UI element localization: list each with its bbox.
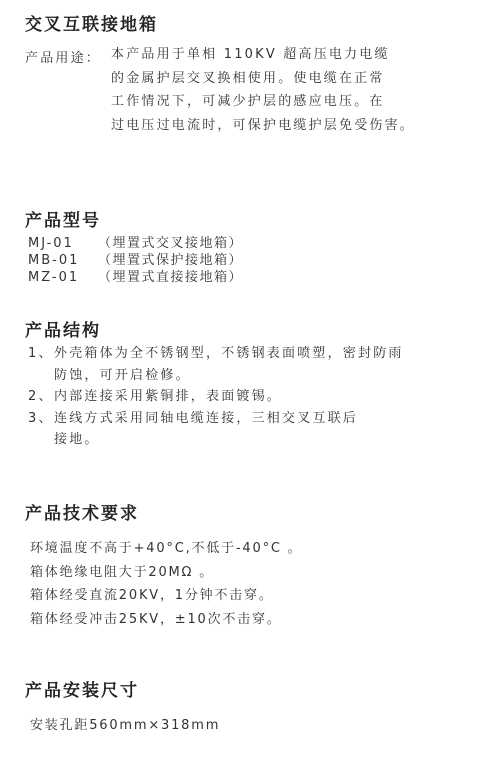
structure-line: 防蚀，可开启检修。 bbox=[28, 365, 404, 387]
structure-line: 连线方式采用同轴电缆连接，三相交叉互联后 bbox=[54, 408, 358, 430]
model-desc: （埋置式保护接地箱） bbox=[98, 252, 243, 269]
usage-description: 本产品用于单相 110KV 超高压电力电缆 的金属护层交叉换相使用。使电缆在正常… bbox=[111, 43, 415, 137]
structure-item: 2、 内部连接采用紫铜排，表面镀锡。 bbox=[28, 386, 404, 408]
models-heading: 产品型号 bbox=[25, 206, 101, 231]
model-desc: （埋置式直接接地箱） bbox=[98, 269, 243, 286]
structure-line: 内部连接采用紫铜排，表面镀锡。 bbox=[54, 386, 282, 408]
usage-line: 工作情况下，可减少护层的感应电压。在 bbox=[111, 90, 415, 114]
tech-item: 环境温度不高于+40°C,不低于-40°C 。 bbox=[30, 537, 303, 561]
tech-item: 箱体经受冲击25KV，±10次不击穿。 bbox=[30, 608, 303, 632]
usage-label: 产品用途： bbox=[25, 47, 101, 66]
model-item: MB-01 （埋置式保护接地箱） bbox=[28, 252, 243, 269]
usage-line: 本产品用于单相 110KV 超高压电力电缆 bbox=[111, 43, 415, 67]
tech-heading: 产品技术要求 bbox=[25, 499, 139, 524]
model-item: MJ-01 （埋置式交叉接地箱） bbox=[28, 235, 243, 252]
structure-heading: 产品结构 bbox=[25, 316, 101, 341]
structure-num: 1、 bbox=[28, 343, 54, 365]
tech-list: 环境温度不高于+40°C,不低于-40°C 。 箱体绝缘电阻大于20MΩ 。 箱… bbox=[30, 537, 303, 631]
structure-line: 接地。 bbox=[28, 429, 404, 451]
structure-item: 1、 外壳箱体为全不锈钢型，不锈钢表面喷塑，密封防雨 防蚀，可开启检修。 bbox=[28, 343, 404, 386]
structure-num: 2、 bbox=[28, 386, 54, 408]
model-code: MZ-01 bbox=[28, 269, 98, 286]
install-spec: 安装孔距560mm×318mm bbox=[30, 714, 220, 738]
model-list: MJ-01 （埋置式交叉接地箱） MB-01 （埋置式保护接地箱） MZ-01 … bbox=[28, 235, 243, 286]
tech-item: 箱体绝缘电阻大于20MΩ 。 bbox=[30, 561, 303, 585]
page-title: 交叉互联接地箱 bbox=[25, 10, 158, 35]
model-code: MJ-01 bbox=[28, 235, 98, 252]
install-heading: 产品安装尺寸 bbox=[25, 676, 139, 701]
usage-line: 的金属护层交叉换相使用。使电缆在正常 bbox=[111, 67, 415, 91]
structure-num: 3、 bbox=[28, 408, 54, 430]
usage-line: 过电压过电流时，可保护电缆护层免受伤害。 bbox=[111, 114, 415, 138]
model-item: MZ-01 （埋置式直接接地箱） bbox=[28, 269, 243, 286]
model-code: MB-01 bbox=[28, 252, 98, 269]
structure-list: 1、 外壳箱体为全不锈钢型，不锈钢表面喷塑，密封防雨 防蚀，可开启检修。 2、 … bbox=[28, 343, 404, 451]
model-desc: （埋置式交叉接地箱） bbox=[98, 235, 243, 252]
tech-item: 箱体经受直流20KV，1分钟不击穿。 bbox=[30, 584, 303, 608]
structure-item: 3、 连线方式采用同轴电缆连接，三相交叉互联后 接地。 bbox=[28, 408, 404, 451]
structure-line: 外壳箱体为全不锈钢型，不锈钢表面喷塑，密封防雨 bbox=[54, 343, 404, 365]
